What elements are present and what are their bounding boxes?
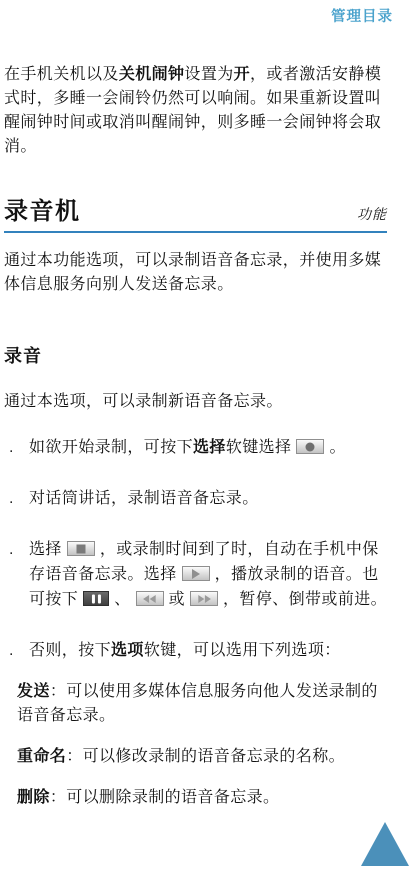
running-header: 管理目录 (4, 0, 393, 26)
stop-icon (67, 541, 95, 556)
step-marker: . (4, 638, 29, 663)
text-run: ，暂停、倒带或前进。 (223, 591, 387, 608)
step-text: 对话筒讲话，录制语音备忘录。 (29, 486, 393, 511)
record-icon (296, 439, 324, 454)
step-item: . 对话筒讲话，录制语音备忘录。 (4, 486, 393, 511)
step-item: . 否则，按下选项软键，可以选用下列选项： (4, 638, 393, 663)
page-turn-triangle-icon (361, 822, 409, 866)
text-run: 选择 (193, 439, 226, 456)
forward-icon (190, 591, 218, 606)
text-run: 软键选择 (226, 439, 292, 456)
section-header: 录音机 功能 (4, 198, 387, 233)
option-item: 重命名：可以修改录制的语音备忘录的名称。 (17, 745, 393, 769)
play-icon (182, 566, 210, 581)
pause-icon (83, 591, 109, 606)
text-run: 或 (169, 591, 185, 608)
text-run: 。 (329, 439, 345, 456)
rewind-icon (136, 591, 164, 606)
manual-page: 管理目录 在手机关机以及关机闹钟设置为开，或者激活安静模式时，多睡一会闹铃仍然可… (0, 0, 409, 872)
option-label: 重命名 (17, 748, 66, 765)
step-text: 如欲开始录制，可按下选择软键选择。 (29, 435, 393, 460)
step-item: . 如欲开始录制，可按下选择软键选择。 (4, 435, 393, 460)
text-run: 开 (234, 66, 250, 83)
option-item: 发送：可以使用多媒体信息服务向他人发送录制的语音备忘录。 (17, 680, 393, 728)
text-run: 关机闹钟 (119, 66, 185, 83)
option-text: ：可以使用多媒体信息服务向他人发送录制的语音备忘录。 (17, 683, 378, 724)
text-run: 否则，按下 (29, 642, 111, 659)
steps-list: . 如欲开始录制，可按下选择软键选择。 . 对话筒讲话，录制语音备忘录。 . 选… (4, 435, 393, 663)
step-text: 选择，或录制时间到了时，自动在手机中保存语音备忘录。选择，播放录制的语音。也可按… (29, 537, 393, 612)
step-marker: . (4, 486, 29, 511)
option-text: ：可以修改录制的语音备忘录的名称。 (66, 748, 345, 765)
section-title: 录音机 (4, 198, 81, 226)
step-item: . 选择，或录制时间到了时，自动在手机中保存语音备忘录。选择，播放录制的语音。也… (4, 537, 393, 612)
text-run: 、 (114, 591, 130, 608)
text-run: 选项 (111, 642, 144, 659)
step-marker: . (4, 435, 29, 460)
subsection-title: 录音 (4, 342, 393, 368)
option-text: ：可以删除录制的语音备忘录。 (50, 789, 280, 806)
section-side-label: 功能 (357, 204, 387, 226)
intro-paragraph: 在手机关机以及关机闹钟设置为开，或者激活安静模式时，多睡一会闹铃仍然可以响闹。如… (4, 63, 393, 159)
text-run: 对话筒讲话，录制语音备忘录。 (29, 490, 259, 507)
section-description: 通过本功能选项，可以录制语音备忘录，并使用多媒体信息服务向别人发送备忘录。 (4, 249, 393, 297)
step-marker: . (4, 537, 29, 612)
option-label: 发送 (17, 683, 50, 700)
text-run: 在手机关机以及 (4, 66, 119, 83)
text-run: 设置为 (184, 66, 233, 83)
option-label: 删除 (17, 789, 50, 806)
step-text: 否则，按下选项软键，可以选用下列选项： (29, 638, 393, 663)
text-run: 软键，可以选用下列选项： (144, 642, 341, 659)
text-run: 选择 (29, 541, 62, 558)
text-run: 如欲开始录制，可按下 (29, 439, 193, 456)
options-list: 发送：可以使用多媒体信息服务向他人发送录制的语音备忘录。 重命名：可以修改录制的… (17, 680, 393, 810)
option-item: 删除：可以删除录制的语音备忘录。 (17, 786, 393, 810)
subsection-description: 通过本选项，可以录制新语音备忘录。 (4, 390, 393, 414)
